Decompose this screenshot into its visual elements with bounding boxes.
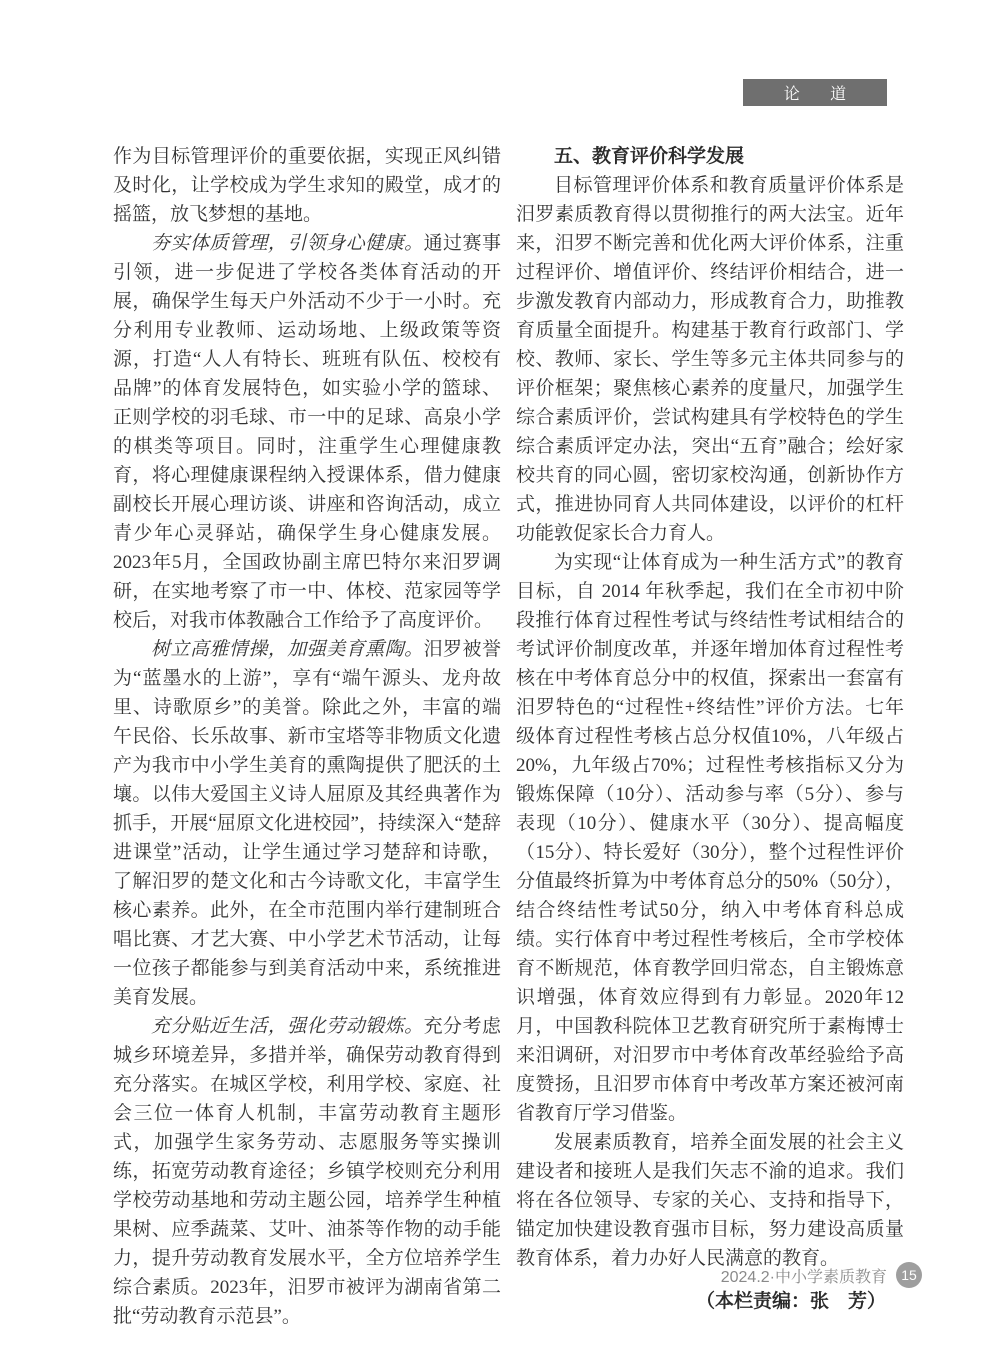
paragraph: 充分贴近生活，强化劳动锻炼。充分考虑城乡环境差异，多措并举，确保劳动教育得到充分… bbox=[113, 1012, 501, 1331]
journal-issue-label: 2024.2·中小学素质教育 bbox=[721, 1264, 887, 1287]
paragraph: 目标管理评价体系和教育质量评价体系是汨罗素质教育得以贯彻推行的两大法宝。近年来，… bbox=[516, 171, 904, 548]
page-number-badge: 15 bbox=[896, 1262, 922, 1288]
paragraph-lead: 树立高雅情操，加强美育熏陶。 bbox=[151, 639, 424, 660]
paragraph-text: 为实现“让体育成为一种生活方式”的教育目标，自 2014 年秋季起，我们在全市初… bbox=[516, 552, 904, 1124]
paragraph: 发展素质教育，培养全面发展的社会主义建设者和接班人是我们矢志不渝的追求。我们将在… bbox=[516, 1128, 904, 1273]
paragraph-text: 通过赛事引领，进一步促进了学校各类体育活动的开展，确保学生每天户外活动不少于一小… bbox=[113, 233, 501, 631]
section-heading: 五、教育评价科学发展 bbox=[516, 142, 904, 171]
paragraph-text: 目标管理评价体系和教育质量评价体系是汨罗素质教育得以贯彻推行的两大法宝。近年来，… bbox=[516, 175, 904, 544]
column-editor-byline: （本栏责编：张 芳） bbox=[516, 1287, 904, 1316]
right-text-column: 五、教育评价科学发展 目标管理评价体系和教育质量评价体系是汨罗素质教育得以贯彻推… bbox=[516, 142, 904, 1316]
paragraph: 树立高雅情操，加强美育熏陶。汨罗被誉为“蓝墨水的上游”，享有“端午源头、龙舟故里… bbox=[113, 635, 501, 1012]
paragraph-lead: 充分贴近生活，强化劳动锻炼。 bbox=[151, 1016, 424, 1037]
page-footer: 2024.2·中小学素质教育 15 bbox=[721, 1262, 922, 1288]
paragraph: 作为目标管理评价的重要依据，实现正风纠错及时化，让学校成为学生求知的殿堂，成才的… bbox=[113, 142, 501, 229]
left-text-column: 作为目标管理评价的重要依据，实现正风纠错及时化，让学校成为学生求知的殿堂，成才的… bbox=[113, 142, 501, 1331]
column-tag-badge: 论 道 bbox=[743, 79, 887, 106]
paragraph: 为实现“让体育成为一种生活方式”的教育目标，自 2014 年秋季起，我们在全市初… bbox=[516, 548, 904, 1128]
magazine-page: 论 道 作为目标管理评价的重要依据，实现正风纠错及时化，让学校成为学生求知的殿堂… bbox=[0, 0, 992, 1346]
paragraph-text: 充分考虑城乡环境差异，多措并举，确保劳动教育得到充分落实。在城区学校，利用学校、… bbox=[113, 1016, 501, 1327]
paragraph-text: 作为目标管理评价的重要依据，实现正风纠错及时化，让学校成为学生求知的殿堂，成才的… bbox=[113, 146, 501, 225]
paragraph-text: 汨罗被誉为“蓝墨水的上游”，享有“端午源头、龙舟故里、诗歌原乡”的美誉。除此之外… bbox=[113, 639, 501, 1008]
paragraph-lead: 夯实体质管理，引领身心健康。 bbox=[151, 233, 424, 254]
paragraph: 夯实体质管理，引领身心健康。通过赛事引领，进一步促进了学校各类体育活动的开展，确… bbox=[113, 229, 501, 635]
paragraph-text: 发展素质教育，培养全面发展的社会主义建设者和接班人是我们矢志不渝的追求。我们将在… bbox=[516, 1132, 904, 1269]
